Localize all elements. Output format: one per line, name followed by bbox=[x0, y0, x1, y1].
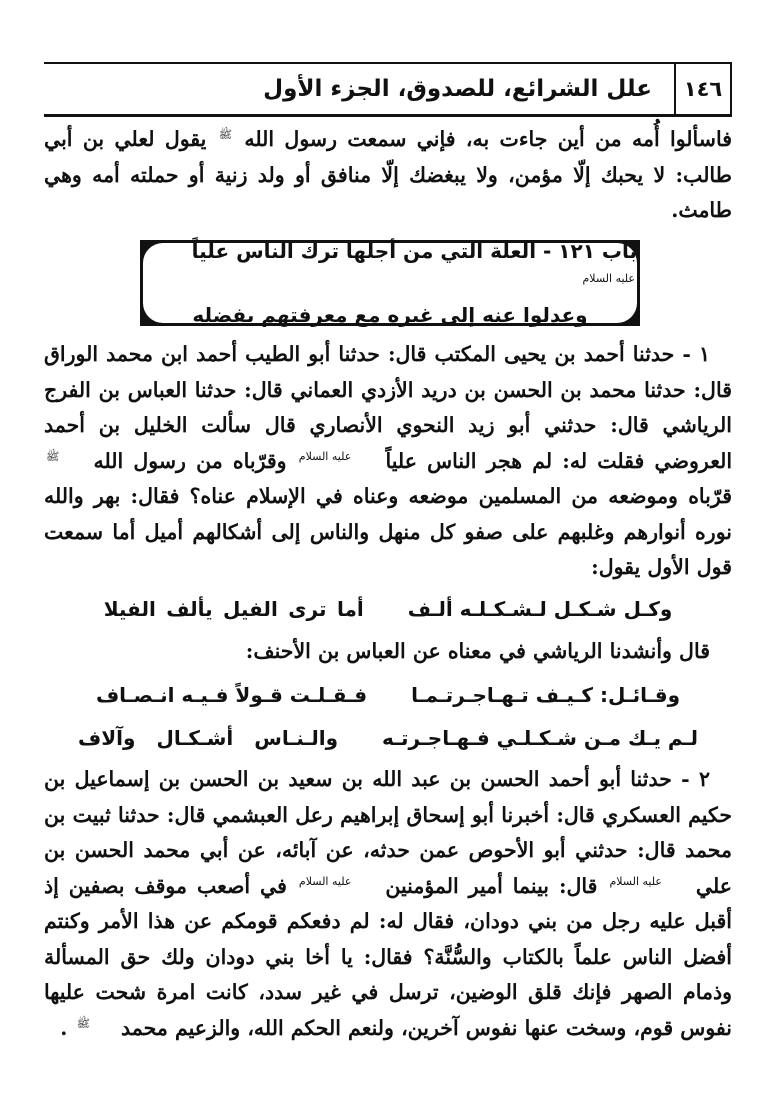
intro-text-1: فاسألوا أُمه من أين جاءت به، فإني سمعت ر… bbox=[244, 127, 732, 151]
hadith-2-text-2: قال: بينما أمير المؤمنين bbox=[385, 874, 597, 898]
chapter-heading-inner: باب ١٢١ - العلة التي من أجلها ترك الناس … bbox=[143, 243, 637, 323]
hadith-1-paragraph: ١ - حدثنا أحمد بن يحيى المكتب قال: حدثنا… bbox=[44, 337, 732, 586]
page-number: ١٤٦ bbox=[674, 64, 732, 114]
verse-3-second-hemistich: والـنـاس أشـكـال وآلاف bbox=[78, 721, 338, 755]
verse-2-second-hemistich: فـقـلـت قـولاً فـيـه انـصـاف bbox=[96, 678, 367, 712]
hadith-1-text-2: وقرّباه من رسول الله bbox=[93, 449, 286, 473]
imam-honorific-icon: عليه السلام bbox=[580, 273, 637, 284]
verse-2-first-hemistich: وقـائـل: كـيـف تـهـاجـرتـمـا bbox=[411, 678, 680, 712]
riyashi-narration-line: قال وأنشدنا الرياشي في معناه عن العباس ب… bbox=[44, 634, 732, 670]
chapter-title-text-1: باب ١٢١ - العلة التي من أجلها ترك الناس … bbox=[192, 239, 637, 263]
chapter-title-line-2: وعدلوا عنه إلى غيره مع معرفتهم بفضله bbox=[192, 299, 587, 331]
hadith-1-text-3: قرّباه وموضعه من المسلمين موضعه وعناه في… bbox=[44, 484, 732, 579]
poetry-verse-1: وكـل شـكـل لـشـكـلـه ألـف أما ترى الفيل … bbox=[44, 592, 732, 626]
book-page: ١٤٦ علل الشرائع، للصدوق، الجزء الأول فاس… bbox=[44, 0, 732, 1117]
hadith-2-paragraph: ٢ - حدثنا أبو أحمد الحسن بن عبد الله بن … bbox=[44, 762, 732, 1046]
poetry-verse-2: وقـائـل: كـيـف تـهـاجـرتـمـا فـقـلـت قـو… bbox=[44, 678, 732, 712]
prophet-honorific-icon: ﷺ bbox=[44, 451, 83, 462]
chapter-title-line-1: باب ١٢١ - العلة التي من أجلها ترك الناس … bbox=[143, 235, 637, 299]
prophet-honorific-icon: ﷺ bbox=[75, 1018, 114, 1029]
intro-paragraph: فاسألوا أُمه من أين جاءت به، فإني سمعت ر… bbox=[44, 122, 732, 229]
verse-1-first-hemistich: وكـل شـكـل لـشـكـلـه ألـف bbox=[408, 592, 673, 626]
verse-1-second-hemistich: أما ترى الفيل يألف الفيلا bbox=[104, 592, 364, 626]
book-title: علل الشرائع، للصدوق، الجزء الأول bbox=[44, 64, 674, 114]
verse-3-first-hemistich: لـم يـك مـن شـكـلـي فـهـاجـرتـه bbox=[382, 721, 698, 755]
imam-honorific-icon: عليه السلام bbox=[607, 876, 686, 887]
poetry-verse-3: لـم يـك مـن شـكـلـي فـهـاجـرتـه والـنـاس… bbox=[44, 721, 732, 755]
hadith-2-text-4: . bbox=[60, 1016, 67, 1040]
imam-honorific-icon: عليه السلام bbox=[297, 876, 376, 887]
running-header: ١٤٦ علل الشرائع، للصدوق، الجزء الأول bbox=[44, 62, 732, 117]
hadith-2-text-3: في أصعب موقف بصفين إذ أقبل عليه رجل من ب… bbox=[44, 874, 732, 1040]
imam-honorific-icon: عليه السلام bbox=[297, 451, 376, 462]
chapter-heading-box: باب ١٢١ - العلة التي من أجلها ترك الناس … bbox=[140, 240, 640, 326]
prophet-honorific-icon: ﷺ bbox=[217, 129, 234, 140]
